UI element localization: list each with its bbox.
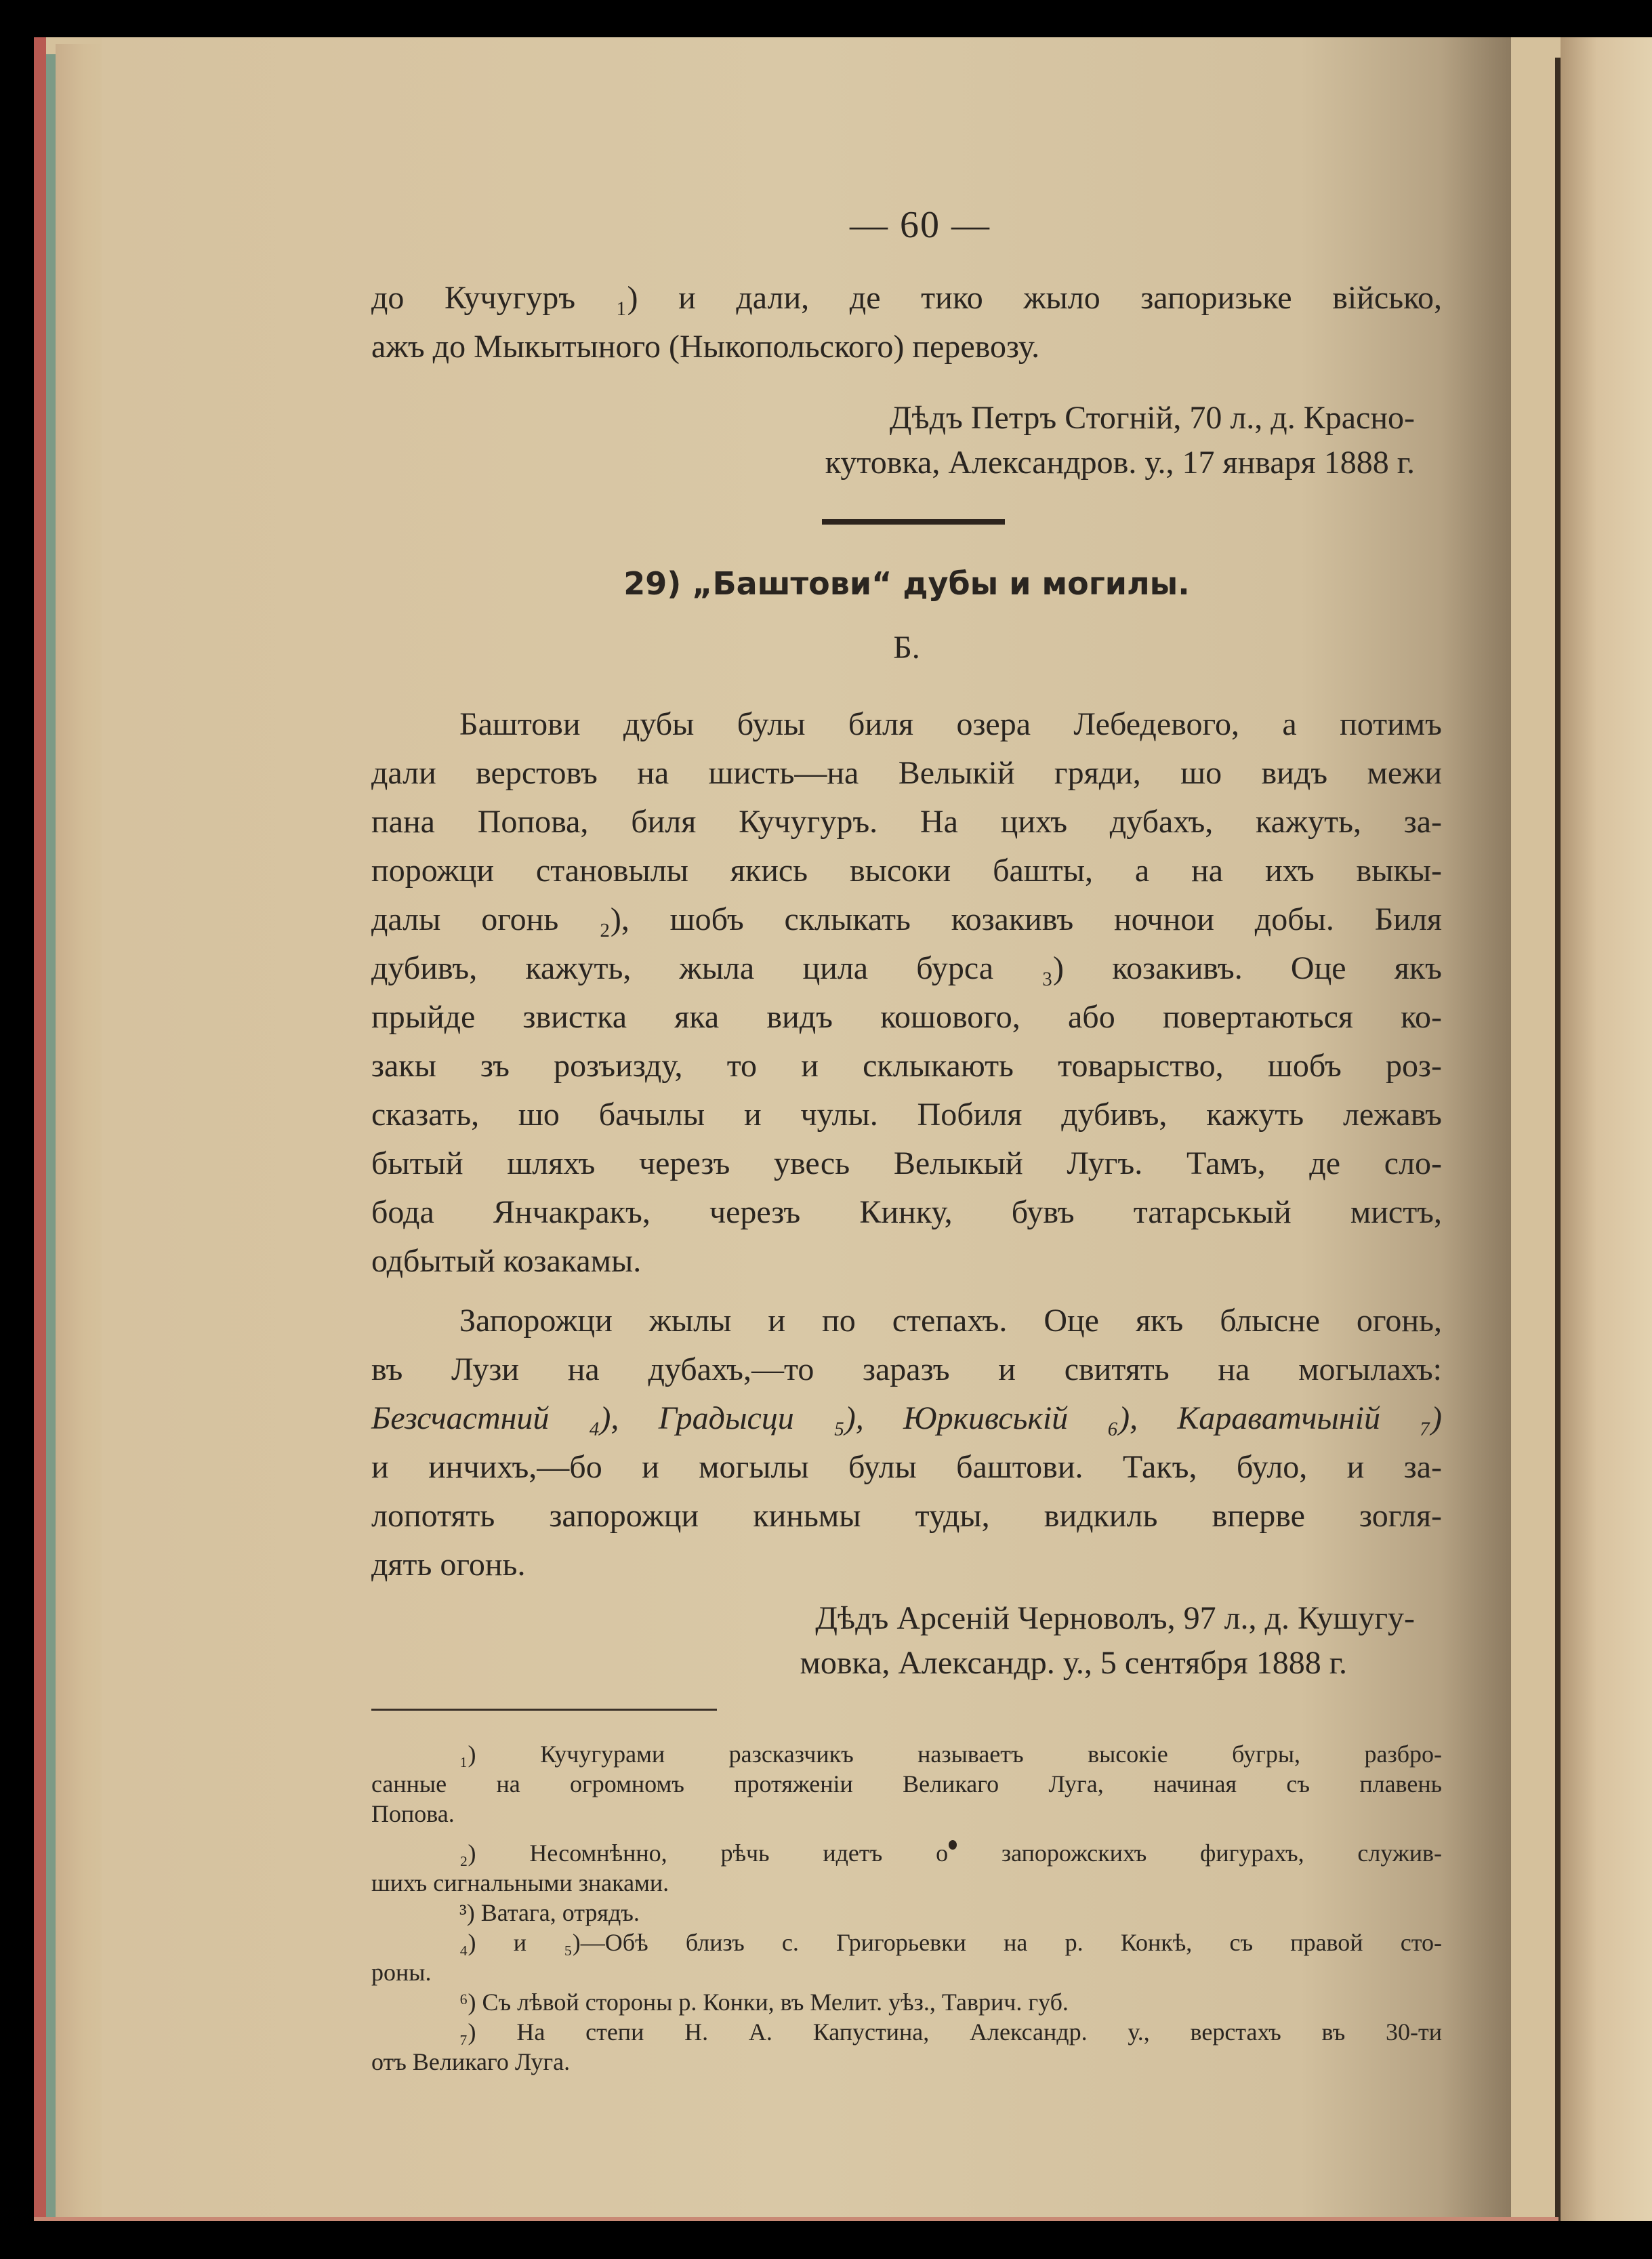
page-content: — 60 — до Кучугуръ ₁) и дали, де тико жы… (371, 203, 1442, 2077)
cover-edge-green (46, 54, 56, 2221)
page-edges (56, 44, 103, 2221)
footnote-line: санные на огромномъ протяженіи Великаго … (371, 1769, 1442, 1799)
footnote-line: шихъ сигнальными знаками. (371, 1868, 1442, 1898)
footnote-line: отъ Великаго Луга. (371, 2047, 1442, 2077)
footnote-1: ₁) Кучугурами разсказчикъ называетъ высо… (371, 1739, 1442, 1829)
text-line: прыйде звистка яка видъ кошового, або по… (371, 993, 1442, 1042)
text-line: одбытый козакамы. (371, 1237, 1442, 1286)
book-gutter (1555, 58, 1561, 2221)
text-line: порожци становылы якись высоки башты, а … (371, 847, 1442, 895)
footnote-2: ₂) Несомнѣнно, рѣчь идетъ о запорожскихъ… (371, 1838, 1442, 1898)
text-line: сказать, шо бачылы и чулы. Побиля дубивъ… (371, 1091, 1442, 1139)
text-line: пана Попова, биля Кучугуръ. На цихъ дуба… (371, 798, 1442, 847)
text-line: бытый шляхъ черезъ увесь Велыкый Лугъ. Т… (371, 1139, 1442, 1188)
signature-line: Дѣдъ Арсеній Черноволъ, 97 л., д. Кушугу… (371, 1596, 1442, 1641)
text-line: дять огонь. (371, 1541, 1442, 1589)
footnotes: ₁) Кучугурами разсказчикъ называетъ высо… (371, 1739, 1442, 2077)
footnote-line: ³) Ватага, отрядъ. (371, 1898, 1442, 1928)
signature-2: Дѣдъ Арсеній Черноволъ, 97 л., д. Кушугу… (371, 1596, 1442, 1686)
section-divider (822, 519, 1005, 525)
cover-edge-red (34, 37, 46, 2221)
paragraph-1: Баштови дубы булы биля озера Лебедевого,… (371, 700, 1442, 1286)
cover-bottom-edge (34, 2217, 1558, 2221)
facing-page (1561, 37, 1652, 2221)
section-letter: Б. (371, 629, 1442, 666)
text-line: закы зъ розъизду, то и склыкають товарыс… (371, 1042, 1442, 1091)
text-line: Запорожци жылы и по степахъ. Оце якъ блы… (371, 1297, 1442, 1345)
footnote-line: ₄) и ₅)—Обѣ близъ с. Григорьевки на р. К… (371, 1928, 1442, 1957)
signature-line: Дѣдъ Петръ Стогній, 70 л., д. Красно- (371, 396, 1442, 441)
signature-1: Дѣдъ Петръ Стогній, 70 л., д. Красно- ку… (371, 396, 1442, 485)
text-line: Баштови дубы булы биля озера Лебедевого,… (371, 700, 1442, 749)
text-line: въ Лузи на дубахъ,—то заразъ и свитять н… (371, 1345, 1442, 1394)
section-heading: 29) „Баштови“ дубы и могилы. (371, 565, 1442, 602)
footnote-6: ⁶) Съ лѣвой стороны р. Конки, въ Мелит. … (371, 1987, 1442, 2017)
text-line: дубивъ, кажуть, жыла цила бурса ₃) козак… (371, 944, 1442, 993)
text-line: бода Янчакракъ, черезъ Кинку, бувъ татар… (371, 1188, 1442, 1237)
text-line: до Кучугуръ ₁) и дали, де тико жыло запо… (371, 274, 1442, 323)
signature-line: кутовка, Александров. у., 17 января 1888… (371, 441, 1442, 485)
footnote-line: ₇) На степи Н. А. Капустина, Александр. … (371, 2017, 1442, 2047)
footnote-line: роны. (371, 1957, 1442, 1987)
continuation-text: до Кучугуръ ₁) и дали, де тико жыло запо… (371, 274, 1442, 371)
text-line: и инчихъ,—бо и могылы булы баштови. Такъ… (371, 1443, 1442, 1492)
footnote-line: Попова. (371, 1799, 1442, 1829)
footnote-3: ³) Ватага, отрядъ. (371, 1898, 1442, 1928)
footnote-line: ₂) Несомнѣнно, рѣчь идетъ о запорожскихъ… (371, 1838, 1442, 1868)
footnote-divider (371, 1709, 717, 1711)
text-line: ажъ до Мыкытыного (Ныкопольского) перево… (371, 323, 1442, 371)
footnote-4-5: ₄) и ₅)—Обѣ близъ с. Григорьевки на р. К… (371, 1928, 1442, 1987)
text-line: лопотять запорожци киньмы туды, видкиль … (371, 1492, 1442, 1541)
footnote-line: ⁶) Съ лѣвой стороны р. Конки, въ Мелит. … (371, 1987, 1442, 2017)
footnote-7: ₇) На степи Н. А. Капустина, Александр. … (371, 2017, 1442, 2077)
text-line: далы огонь ₂), шобъ склыкать козакивъ но… (371, 895, 1442, 944)
text-line: дали верстовъ на шисть—на Велыкій гряди,… (371, 749, 1442, 798)
paragraph-2: Запорожци жылы и по степахъ. Оце якъ блы… (371, 1297, 1442, 1589)
footnote-line: ₁) Кучугурами разсказчикъ называетъ высо… (371, 1739, 1442, 1769)
page-number: — 60 — (398, 203, 1442, 247)
signature-line: мовка, Александр. у., 5 сентября 1888 г. (371, 1641, 1442, 1686)
text-line: Безсчастний ₄), Градысци ₅), Юркивській … (371, 1394, 1442, 1443)
